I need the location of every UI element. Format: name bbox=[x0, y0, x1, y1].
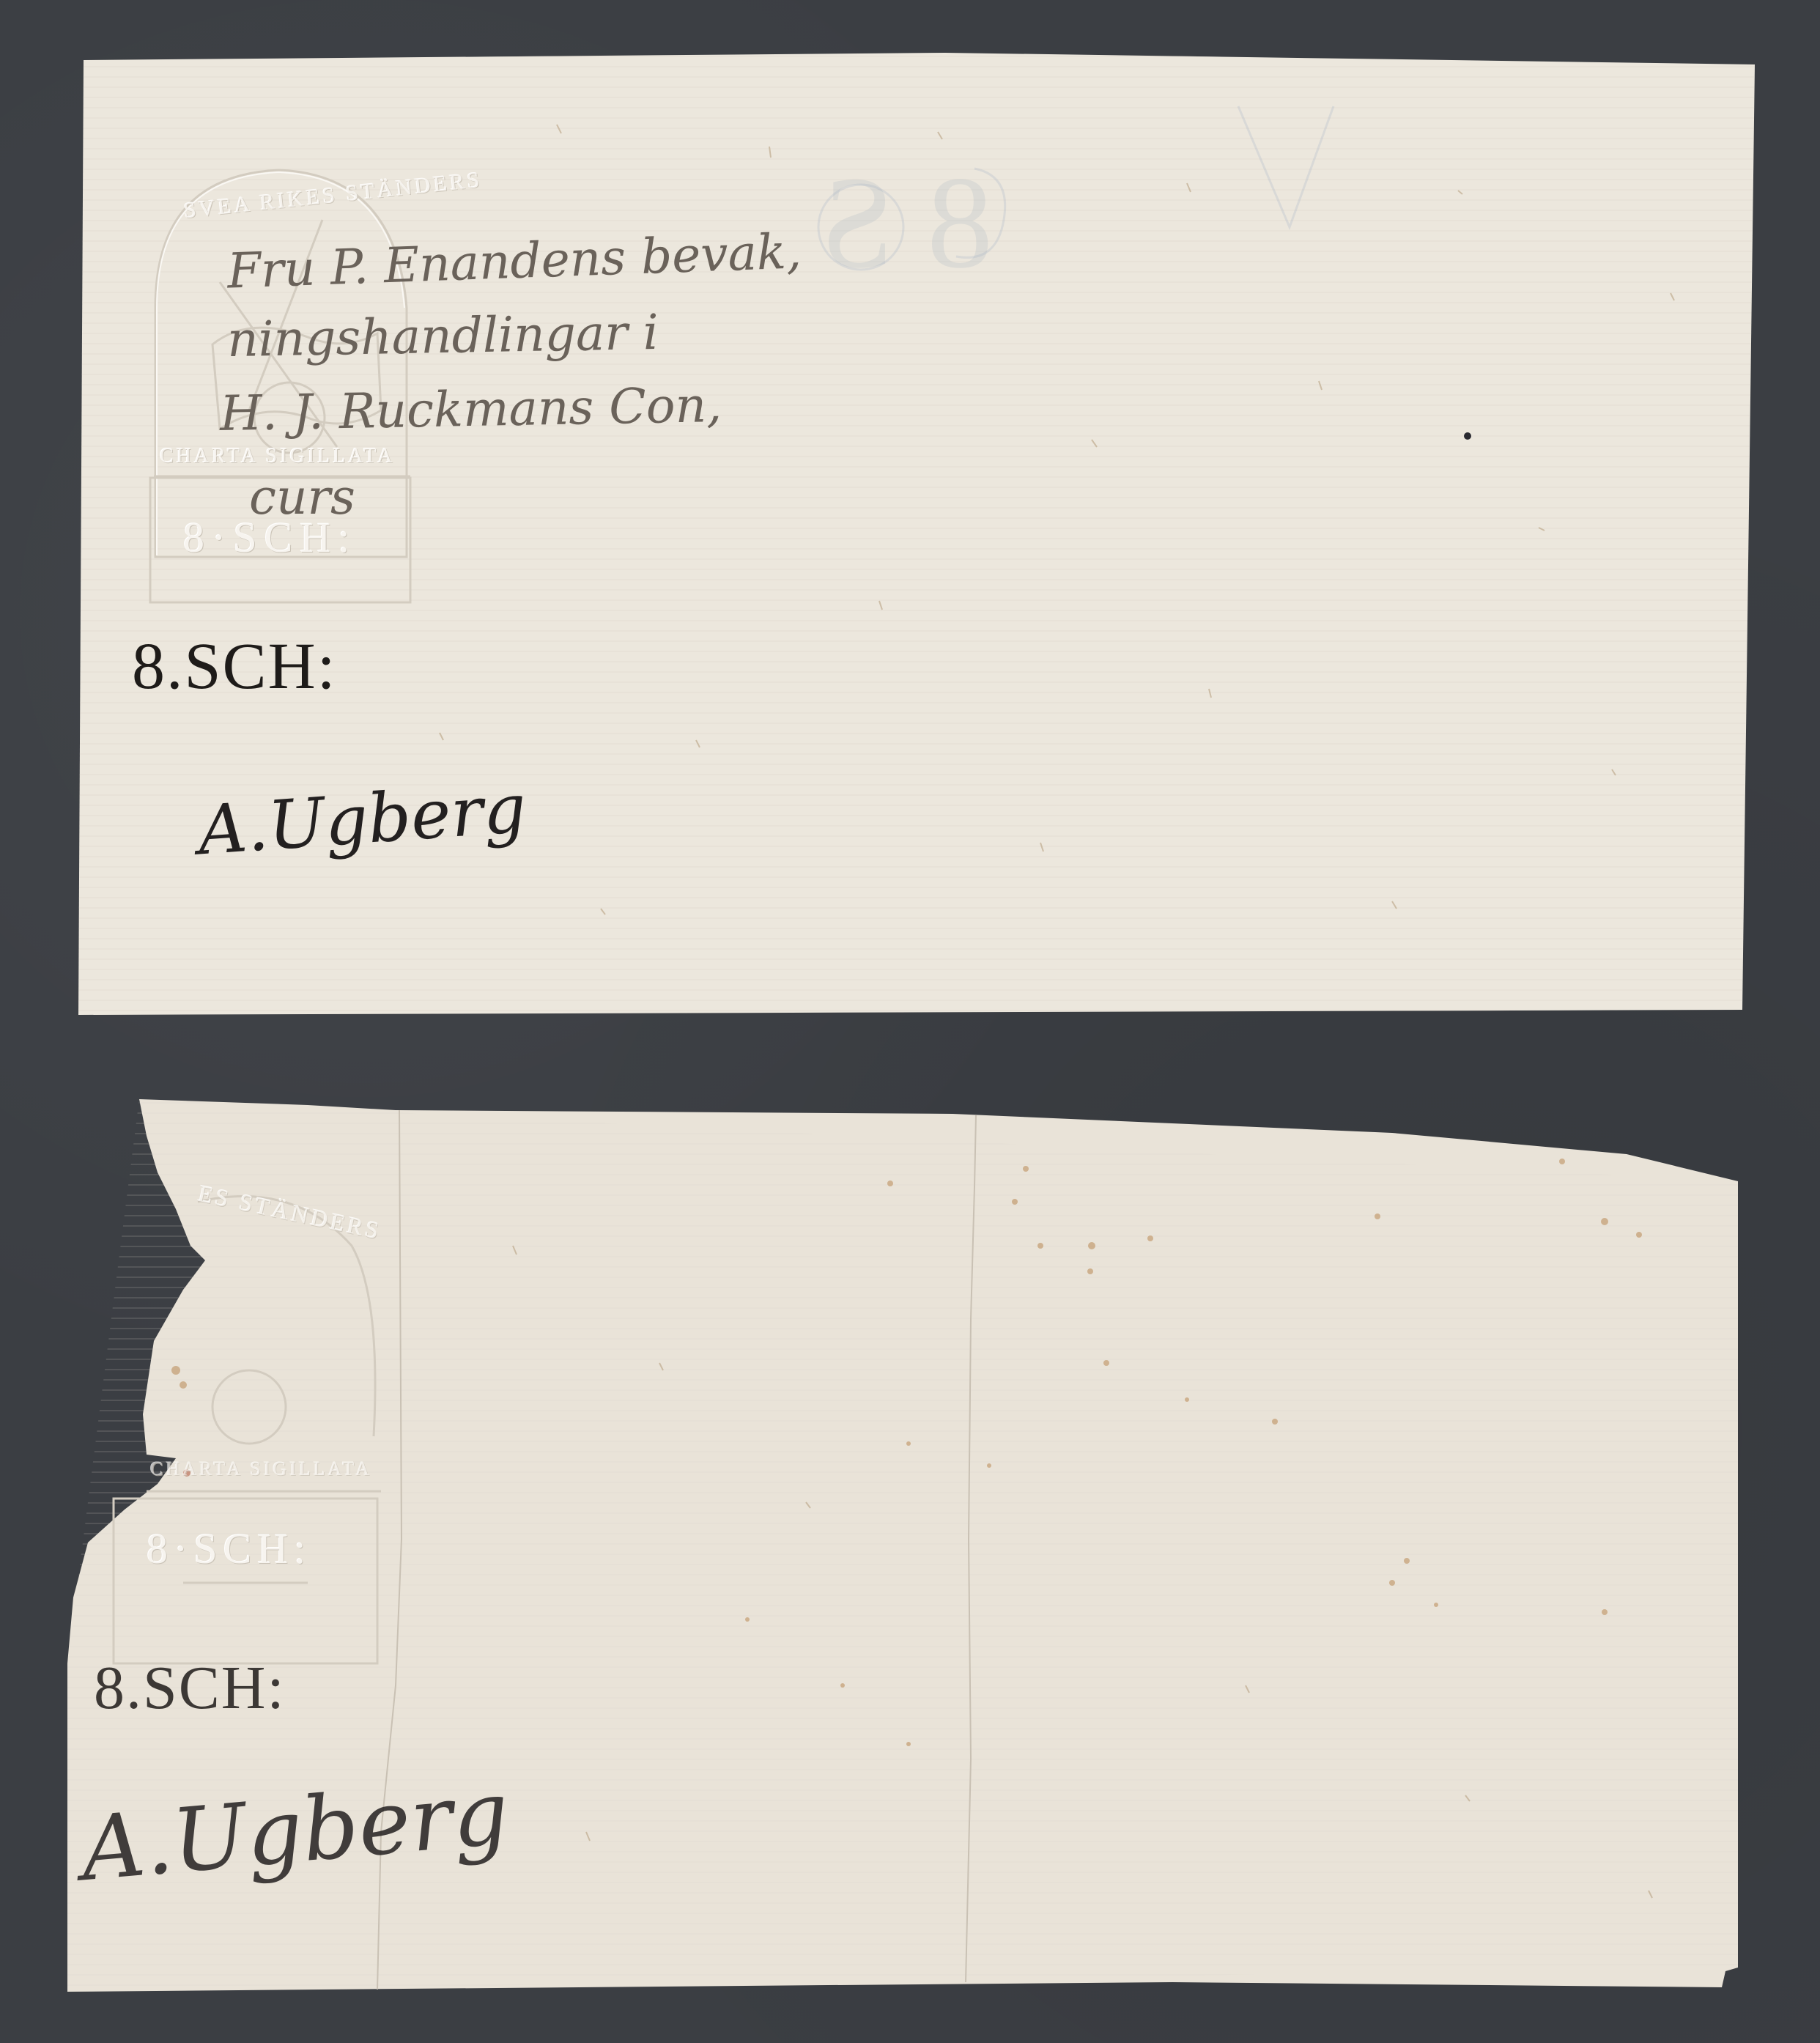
printed-value-stamp-top: 8.SCH: bbox=[132, 629, 337, 704]
printed-value-stamp-bottom: 8.SCH: bbox=[94, 1652, 286, 1724]
seal-base-text-bottom: CHARTA SIGILLATA bbox=[150, 1458, 372, 1480]
handwritten-line-3: H. J. Ruckmans Con, bbox=[219, 377, 722, 442]
seal-base-text-top: CHARTA SIGILLATA bbox=[160, 445, 396, 468]
handwritten-line-2: ningshandlingar i bbox=[226, 304, 659, 368]
seal-value-text-bottom: 8·SCH: bbox=[147, 1524, 311, 1573]
handwritten-line-4: curs bbox=[249, 469, 355, 525]
ghost-show-through: 8 S bbox=[821, 147, 993, 298]
bottom-stamped-paper bbox=[0, 0, 1820, 2043]
album-page: SVEA RIKES STÄNDERS CHARTA SIGILLATA 8·S… bbox=[0, 0, 1820, 2043]
